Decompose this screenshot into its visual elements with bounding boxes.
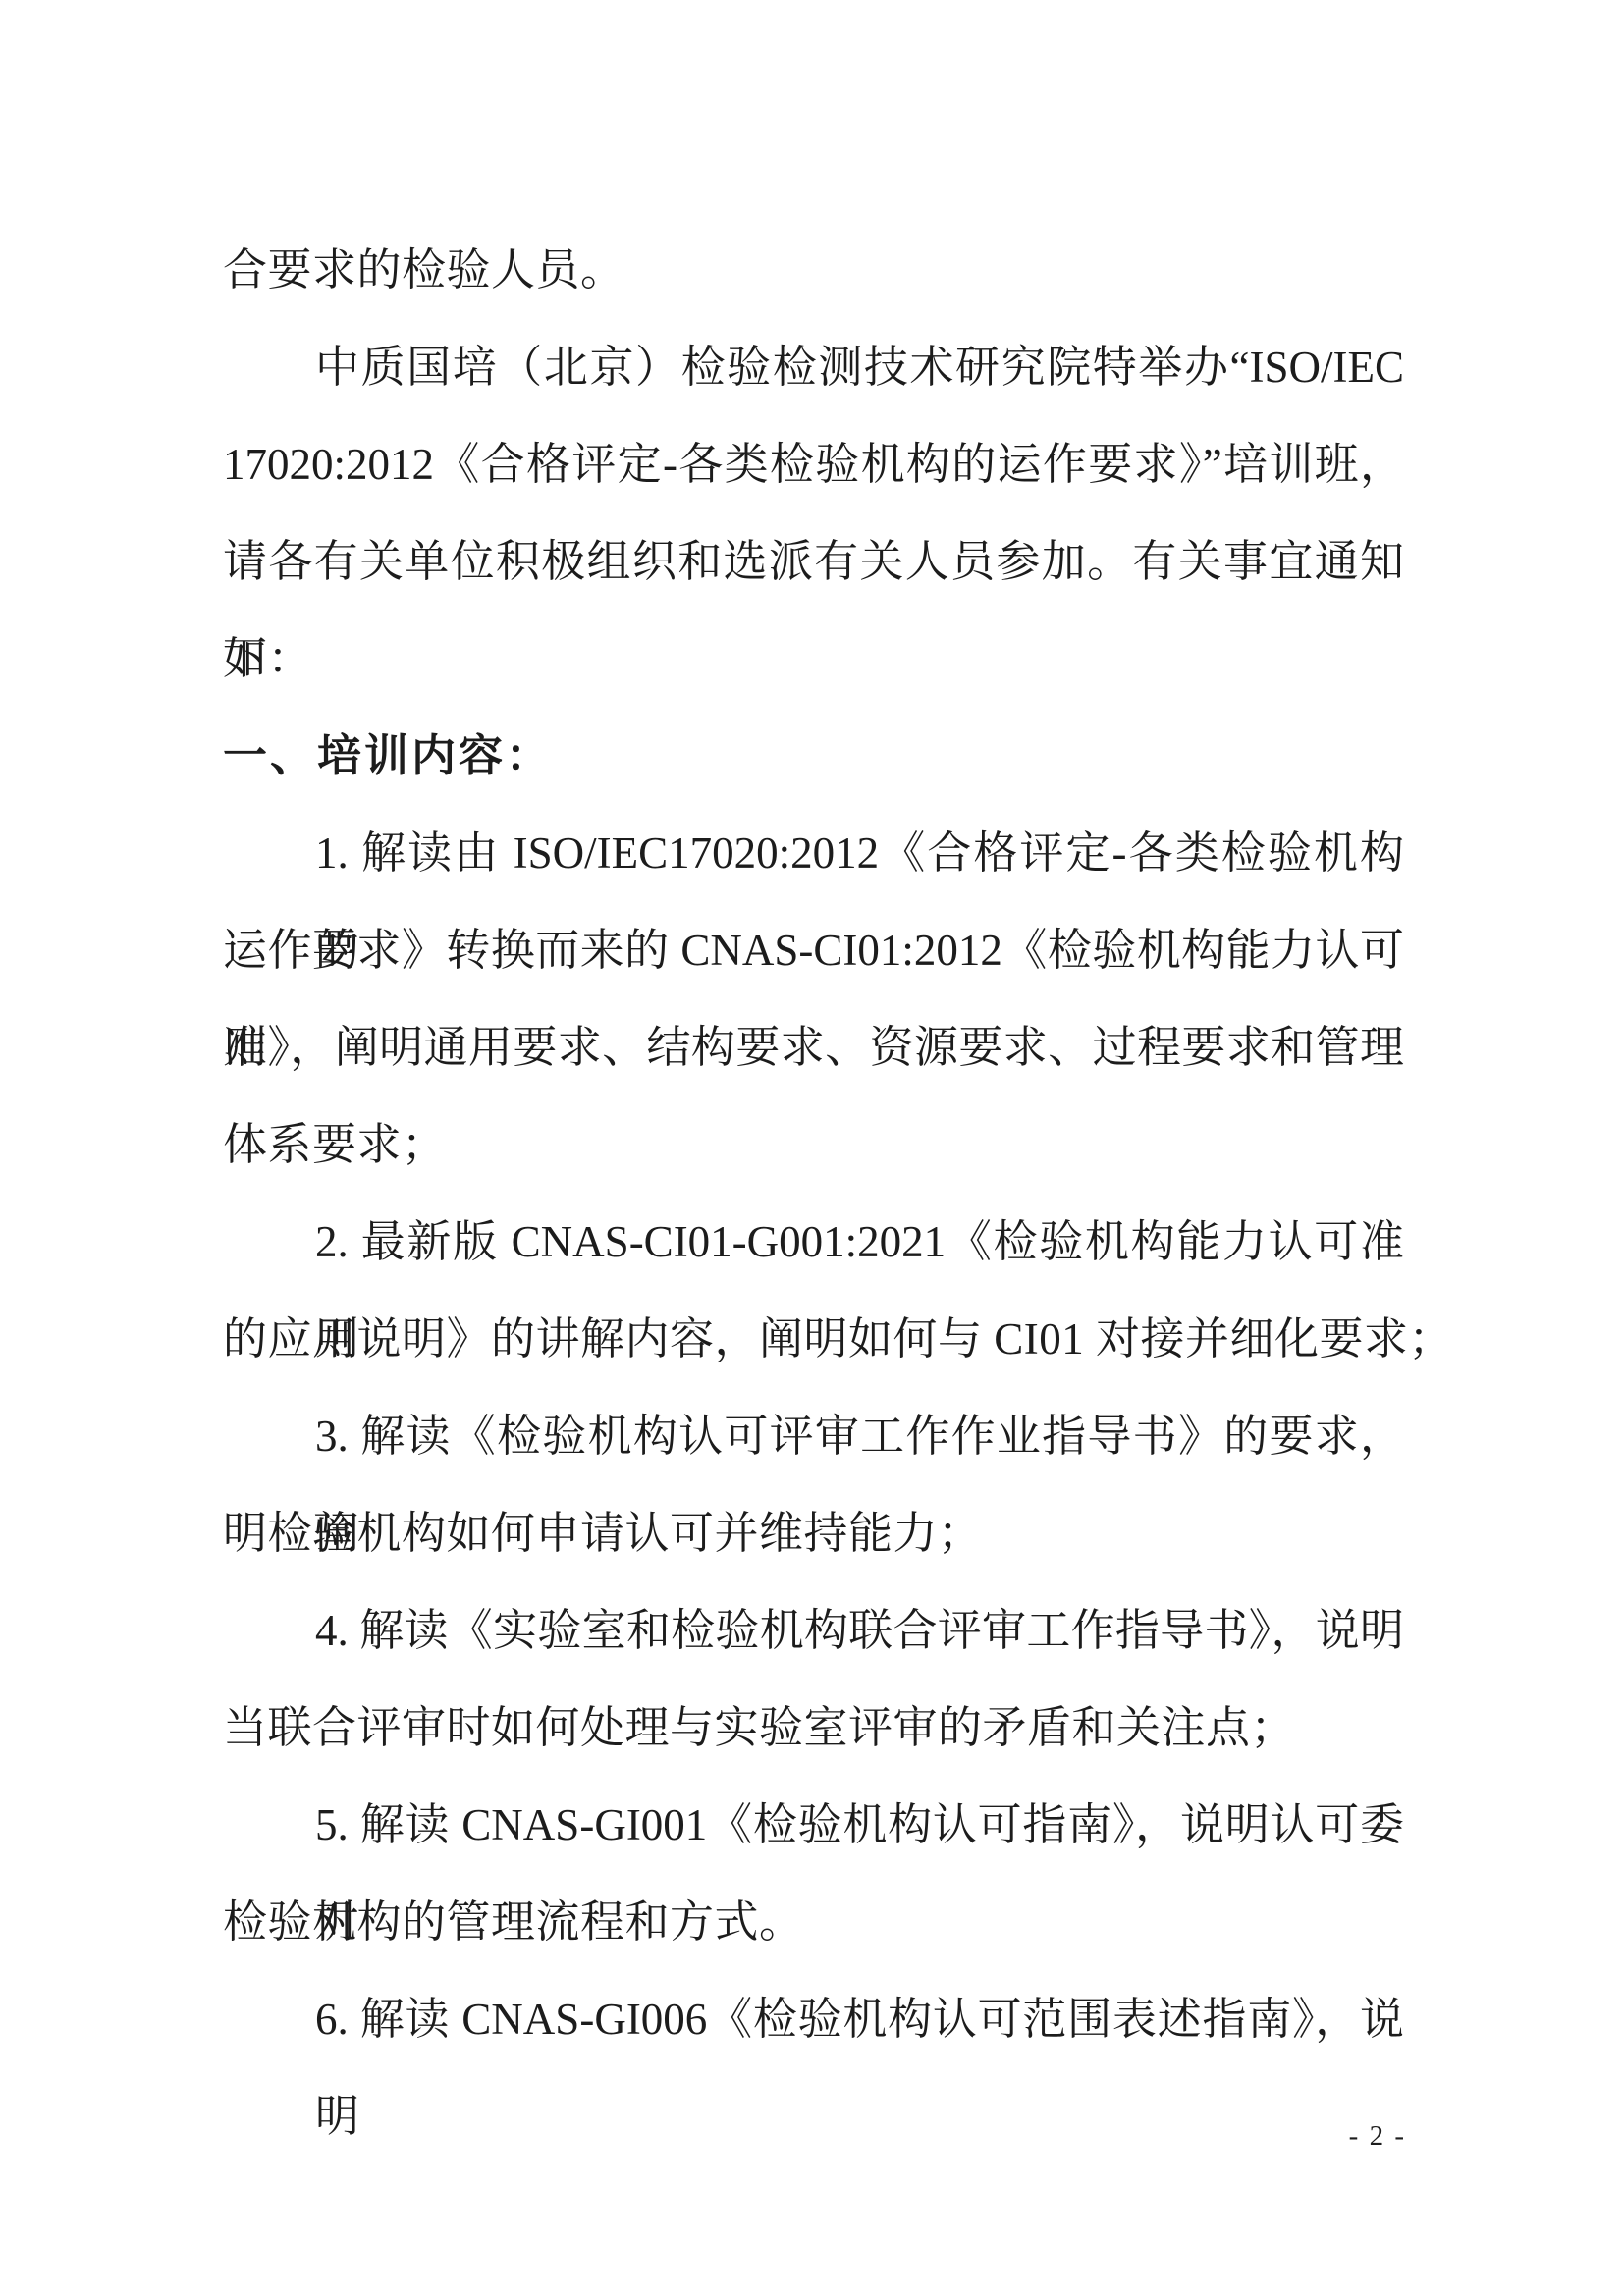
text-line: 1. 解读由 ISO/IEC17020:2012《合格评定-各类检验机构的: [223, 805, 1404, 902]
text-line: 3. 解读《检验机构认可评审工作作业指导书》的要求，阐: [223, 1388, 1404, 1485]
text-line: 运作要求》转换而来的 CNAS-CI01:2012《检验机构能力认可准: [223, 902, 1404, 999]
text-line: 明检验机构如何申请认可并维持能力；: [223, 1485, 1404, 1582]
document-page: 合要求的检验人员。 中质国培（北京）检验检测技术研究院特举办“ISO/IEC 1…: [0, 0, 1624, 2296]
text-line: 4. 解读《实验室和检验机构联合评审工作指导书》，说明: [223, 1582, 1404, 1680]
text-line: 的应用说明》的讲解内容，阐明如何与 CI01 对接并细化要求；: [223, 1291, 1404, 1388]
text-line: 体系要求；: [223, 1096, 1404, 1194]
text-line: 17020:2012《合格评定-各类检验机构的运作要求》”培训班，: [223, 416, 1404, 513]
text-line: 下：: [223, 611, 1404, 708]
text-line: 当联合评审时如何处理与实验室评审的矛盾和关注点；: [223, 1680, 1404, 1777]
text-line: 请各有关单位积极组织和选派有关人员参加。有关事宜通知如: [223, 513, 1404, 611]
text-line: 则》，阐明通用要求、结构要求、资源要求、过程要求和管理: [223, 999, 1404, 1096]
text-line: 2. 最新版 CNAS-CI01-G001:2021《检验机构能力认可准则: [223, 1194, 1404, 1291]
section-heading: 一、培训内容：: [223, 708, 1404, 805]
text-line: 5. 解读 CNAS-GI001《检验机构认可指南》，说明认可委对: [223, 1777, 1404, 1874]
text-line: 中质国培（北京）检验检测技术研究院特举办“ISO/IEC: [223, 319, 1404, 416]
page-number: - 2 -: [1349, 2118, 1406, 2154]
document-body: 合要求的检验人员。 中质国培（北京）检验检测技术研究院特举办“ISO/IEC 1…: [223, 222, 1404, 2068]
text-line: 合要求的检验人员。: [223, 222, 1404, 319]
text-line: 6. 解读 CNAS-GI006《检验机构认可范围表述指南》，说明: [223, 1971, 1404, 2068]
text-line: 检验机构的管理流程和方式。: [223, 1874, 1404, 1971]
